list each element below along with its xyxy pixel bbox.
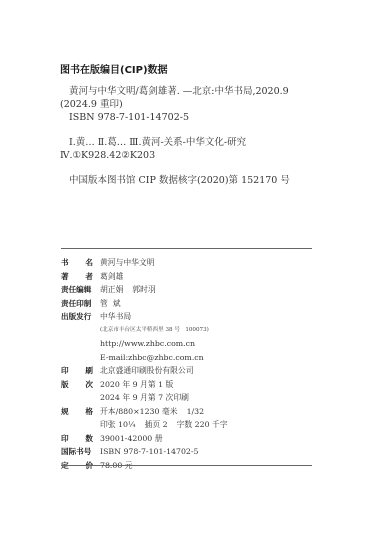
colophon-row-sheets: 印张 10¼插页 2字数 220 千字 [61,418,321,432]
cip-title: 图书在版编目(CIP)数据 [60,64,330,77]
value-email: E-mail:zhbc@zhbc.com.cn [100,351,204,365]
colophon-row-publisher: 出版发行 中华书局 [61,310,321,324]
sheets-count: 印张 10¼ [100,420,136,429]
value-format: 开本/880×1230 毫米1/32 [100,405,204,419]
value-printer: 北京盛通印刷股份有限公司 [100,364,194,378]
value-sheets: 印张 10¼插页 2字数 220 千字 [100,418,228,432]
label-print-supervisor: 责任印制 [61,297,93,311]
colophon-row-isbn: 国际书号 ISBN 978-7-101-14702-5 [61,445,321,459]
value-print-supervisor: 管 斌 [100,297,121,311]
colophon-row-address: (北京市丰台区太平桥西里 38 号 100073) [61,324,321,338]
value-edition: 2020 年 9 月第 1 版 [100,378,173,392]
value-author: 葛剑雄 [100,270,123,284]
cip-classification-line-2: Ⅳ.①K928.42②K203 [60,149,330,162]
inserts-count: 插页 2 [145,420,168,429]
value-publisher: 中华书局 [100,310,131,324]
value-editors: 胡正娟郭时羽 [100,283,156,297]
colophon-row-format: 规 格 开本/880×1230 毫米1/32 [61,405,321,419]
label-publisher: 出版发行 [61,310,93,324]
colophon-row-editors: 责任编辑 胡正娟郭时羽 [61,283,321,297]
colophon-row-website: http://www.zhbc.com.cn [61,337,321,351]
editor-2: 郭时羽 [132,285,155,294]
label-editors: 责任编辑 [61,283,93,297]
label-author: 著 者 [61,270,93,284]
value-printing: 2024 年 9 月第 7 次印刷 [100,391,189,405]
colophon-block: 书 名 黄河与中华文明 著 者 葛剑雄 责任编辑 胡正娟郭时羽 责任印制 管 斌… [61,256,321,472]
colophon-row-title: 书 名 黄河与中华文明 [61,256,321,270]
editor-1: 胡正娟 [100,285,123,294]
label-printer: 印 刷 [61,364,93,378]
top-divider [61,248,312,249]
colophon-row-print-supervisor: 责任印制 管 斌 [61,297,321,311]
label-book-title: 书 名 [61,256,93,270]
word-count: 字数 220 千字 [177,420,228,429]
cip-record-number: 中国版本图书馆 CIP 数据核字(2020)第 152170 号 [60,174,330,187]
value-publisher-address: (北京市丰台区太平桥西里 38 号 100073) [100,324,209,338]
cip-isbn: ISBN 978-7-101-14702-5 [60,111,330,124]
cip-entry-line-1: 黄河与中华文明/葛剑雄著. —北京:中华书局,2020.9 [60,85,330,98]
colophon-row-printer: 印 刷 北京盛通印刷股份有限公司 [61,364,321,378]
label-isbn: 国际书号 [61,445,93,459]
label-edition: 版 次 [61,378,93,392]
value-isbn: ISBN 978-7-101-14702-5 [100,445,198,459]
format-fold: 1/32 [187,407,205,416]
cip-data-block: 图书在版编目(CIP)数据 黄河与中华文明/葛剑雄著. —北京:中华书局,202… [60,64,330,187]
colophon-row-author: 著 者 葛剑雄 [61,270,321,284]
label-print-run: 印 数 [61,432,93,446]
value-website: http://www.zhbc.com.cn [100,337,195,351]
cip-classification-line-1: Ⅰ.黄… Ⅱ.葛… Ⅲ.黄河-关系-中华文化-研究 [60,136,330,149]
cip-entry-line-2: (2024.9 重印) [60,98,330,111]
format-size: 开本/880×1230 毫米 [100,407,178,416]
label-format: 规 格 [61,405,93,419]
value-print-run: 39001-42000 册 [100,432,163,446]
bottom-divider [61,465,312,466]
colophon-row-print-run: 印 数 39001-42000 册 [61,432,321,446]
colophon-row-printing: 2024 年 9 月第 7 次印刷 [61,391,321,405]
value-book-title: 黄河与中华文明 [100,256,155,270]
colophon-row-edition: 版 次 2020 年 9 月第 1 版 [61,378,321,392]
colophon-row-email: E-mail:zhbc@zhbc.com.cn [61,351,321,365]
